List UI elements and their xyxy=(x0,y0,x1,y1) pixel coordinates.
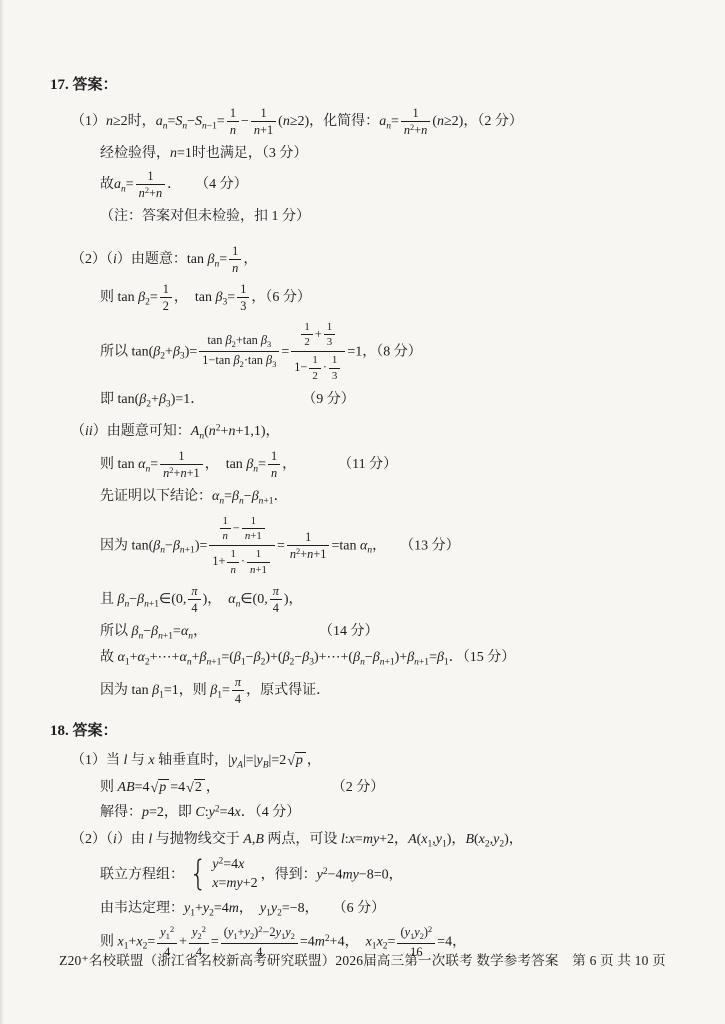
den: n+1 xyxy=(251,122,276,138)
den: n xyxy=(268,465,280,481)
num: tan β2+tan β3 xyxy=(199,333,279,352)
radicand: p xyxy=(158,779,169,797)
frac: 1n+1 xyxy=(242,515,265,544)
page-footer: Z20⁺名校联盟（浙江省名校新高考研究联盟）2026届高三第一次联考 数学参考答… xyxy=(0,949,725,969)
num: π xyxy=(232,675,244,692)
frac: 1n xyxy=(268,449,280,481)
num: 1 xyxy=(268,449,280,466)
den: n xyxy=(229,260,241,276)
cases-row: x=my+2 xyxy=(212,875,257,894)
radicand: p xyxy=(295,752,306,770)
num: 1 xyxy=(329,354,340,369)
solution-line: 经检验得，n=1时也满足，（3 分） xyxy=(0,143,725,164)
num: 1 xyxy=(136,169,165,186)
num: 1 xyxy=(309,354,320,369)
problem-heading: 17. 答案： xyxy=(0,74,725,97)
frac: 1n−1n+11+1n·1n+1 xyxy=(209,514,275,578)
solution-line: 由韦达定理：y1+y2=4m， y1y2=−8， （6 分） xyxy=(0,898,725,921)
solution-line: 所以 tan(β2+β3)=tan β2+tan β31−tan β2·tan … xyxy=(0,319,725,385)
num: 1 xyxy=(301,321,312,336)
solution-line: （注：答案对但未检验，扣 1 分） xyxy=(0,206,725,227)
num: y12 xyxy=(157,925,177,944)
num: 1 xyxy=(229,244,241,261)
frac: π4 xyxy=(232,675,244,707)
frac: 1n+1 xyxy=(247,548,270,577)
num: 1 xyxy=(160,282,172,299)
den: 1+1n·1n+1 xyxy=(209,546,275,578)
solution-line: 故an=1n2+n． （4 分） xyxy=(0,168,725,202)
solution-line: 故 α1+α2+⋯+αn+βn+1=(β1−β2)+(β2−β3)+⋯+(βn−… xyxy=(0,647,725,670)
frac: 1n+1 xyxy=(251,106,276,138)
num: y22 xyxy=(189,925,209,944)
solution-line: 因为 tan β1=1，则 β1=π4，原式得证． xyxy=(0,674,725,708)
frac: 1n2+n xyxy=(136,169,165,201)
exam-answer-page: 17. 答案：（1）n≥2时，an=Sn−Sn−1=1n−1n+1(n≥2)，化… xyxy=(0,0,725,1024)
den: 2 xyxy=(309,369,320,383)
frac: 1n xyxy=(229,244,241,276)
solution-line: （2）（i）由题意：tan βn=1n， xyxy=(0,243,725,277)
frac: π4 xyxy=(188,584,200,616)
solution-line: （2）（i）由 l 与抛物线交于 A,B 两点，可设 l:x=my+2，A(x1… xyxy=(0,829,725,852)
num: (y1+y2)2−2y1y2 xyxy=(221,925,298,944)
frac: 13 xyxy=(237,282,249,314)
num: 1 xyxy=(160,449,203,466)
den: n xyxy=(227,122,239,138)
solution-line: 解得：p=2，即 C:y2=4x．（4 分） xyxy=(0,802,725,823)
frac: 1n2+n+1 xyxy=(287,530,330,562)
solution-line: 先证明以下结论：αn=βn−βn+1． xyxy=(0,486,725,509)
den: 2 xyxy=(301,335,312,349)
problem-heading: 18. 答案： xyxy=(0,720,725,743)
den: 3 xyxy=(329,369,340,383)
rad: √ xyxy=(151,782,159,797)
solution-line: （1）n≥2时，an=Sn−Sn−1=1n−1n+1(n≥2)，化简得：an=1… xyxy=(0,105,725,139)
brace: { xyxy=(189,860,207,890)
footer-text: Z20⁺名校联盟（浙江省名校新高考研究联盟）2026届高三第一次联考 数学参考答… xyxy=(59,953,666,968)
num: 12+13 xyxy=(291,320,345,353)
num: 1 xyxy=(227,106,239,123)
den: 4 xyxy=(188,600,200,616)
num: π xyxy=(270,584,282,601)
den: n+1 xyxy=(247,563,270,577)
frac: 1n xyxy=(220,515,231,544)
frac: 1n xyxy=(227,548,238,577)
frac: 13 xyxy=(329,354,340,383)
den: n xyxy=(220,529,231,543)
den: 1−tan β2·tan β3 xyxy=(199,352,279,370)
solution-line: 所以 βn−βn+1=αn， （14 分） xyxy=(0,621,725,644)
rad: √ xyxy=(186,782,194,797)
frac: 1n2+n+1 xyxy=(160,449,203,481)
den: 3 xyxy=(324,335,335,349)
den: n2+n+1 xyxy=(160,465,203,481)
den: 4 xyxy=(232,691,244,707)
frac: 1n2+n xyxy=(401,106,430,138)
solution-line: 且 βn−βn+1∈(0,π4)， αn∈(0,π4)， xyxy=(0,583,725,617)
num: 1n−1n+1 xyxy=(209,514,275,547)
frac: 12 xyxy=(301,321,312,350)
frac: 13 xyxy=(324,321,335,350)
solution-line: （1）当 l 与 x 轴垂直时，|yA|=|yB|=2√p， xyxy=(0,750,725,773)
num: 1 xyxy=(227,548,238,563)
solution-line: 即 tan(β2+β3)=1． （9 分） xyxy=(0,389,725,412)
den: n2+n xyxy=(136,185,165,201)
cases-col: y2=4xx=my+2 xyxy=(212,856,257,894)
cases-row: y2=4x xyxy=(212,856,257,875)
cases: {y2=4xx=my+2 xyxy=(187,856,258,894)
den: 3 xyxy=(237,298,249,314)
rad: √ xyxy=(287,755,295,770)
frac: 12 xyxy=(309,354,320,383)
frac: π4 xyxy=(270,584,282,616)
solution-line: 则 tan β2=12， tan β3=13，（6 分） xyxy=(0,281,725,315)
den: n xyxy=(227,563,238,577)
document-body: 17. 答案：（1）n≥2时，an=Sn−Sn−1=1n−1n+1(n≥2)，化… xyxy=(0,74,725,961)
den: 2 xyxy=(160,298,172,314)
num: 1 xyxy=(220,515,231,530)
sqrt: √p xyxy=(287,752,306,770)
num: 1 xyxy=(237,282,249,299)
num: 1 xyxy=(287,530,330,547)
solution-line: （ii）由题意可知：An(n2+n+1,1)， xyxy=(0,421,725,444)
frac: 1n xyxy=(227,106,239,138)
solution-line: 则 tan αn=1n2+n+1， tan βn=1n， （11 分） xyxy=(0,448,725,482)
solution-line: 联立方程组：{y2=4xx=my+2，得到：y2−4my−8=0， xyxy=(0,856,725,894)
frac: 12 xyxy=(160,282,172,314)
solution-line: 则 AB=4√p=4√2， （2 分） xyxy=(0,777,725,798)
num: 1 xyxy=(242,515,265,530)
den: 4 xyxy=(270,600,282,616)
num: 1 xyxy=(247,548,270,563)
den: n+1 xyxy=(242,529,265,543)
num: 1 xyxy=(324,321,335,336)
den: 1−12·13 xyxy=(291,352,345,384)
den: n2+n+1 xyxy=(287,546,330,562)
sqrt: √p xyxy=(151,779,170,797)
num: 1 xyxy=(251,106,276,123)
den: n2+n xyxy=(401,122,430,138)
num: 1 xyxy=(401,106,430,123)
num: π xyxy=(188,584,200,601)
sqrt: √2 xyxy=(186,779,205,797)
frac: 12+131−12·13 xyxy=(291,320,345,384)
num: (y1y2)2 xyxy=(397,925,435,944)
solution-line: 因为 tan(βn−βn+1)=1n−1n+11+1n·1n+1=1n2+n+1… xyxy=(0,513,725,579)
radicand: 2 xyxy=(194,779,205,797)
frac: tan β2+tan β31−tan β2·tan β3 xyxy=(199,333,279,370)
